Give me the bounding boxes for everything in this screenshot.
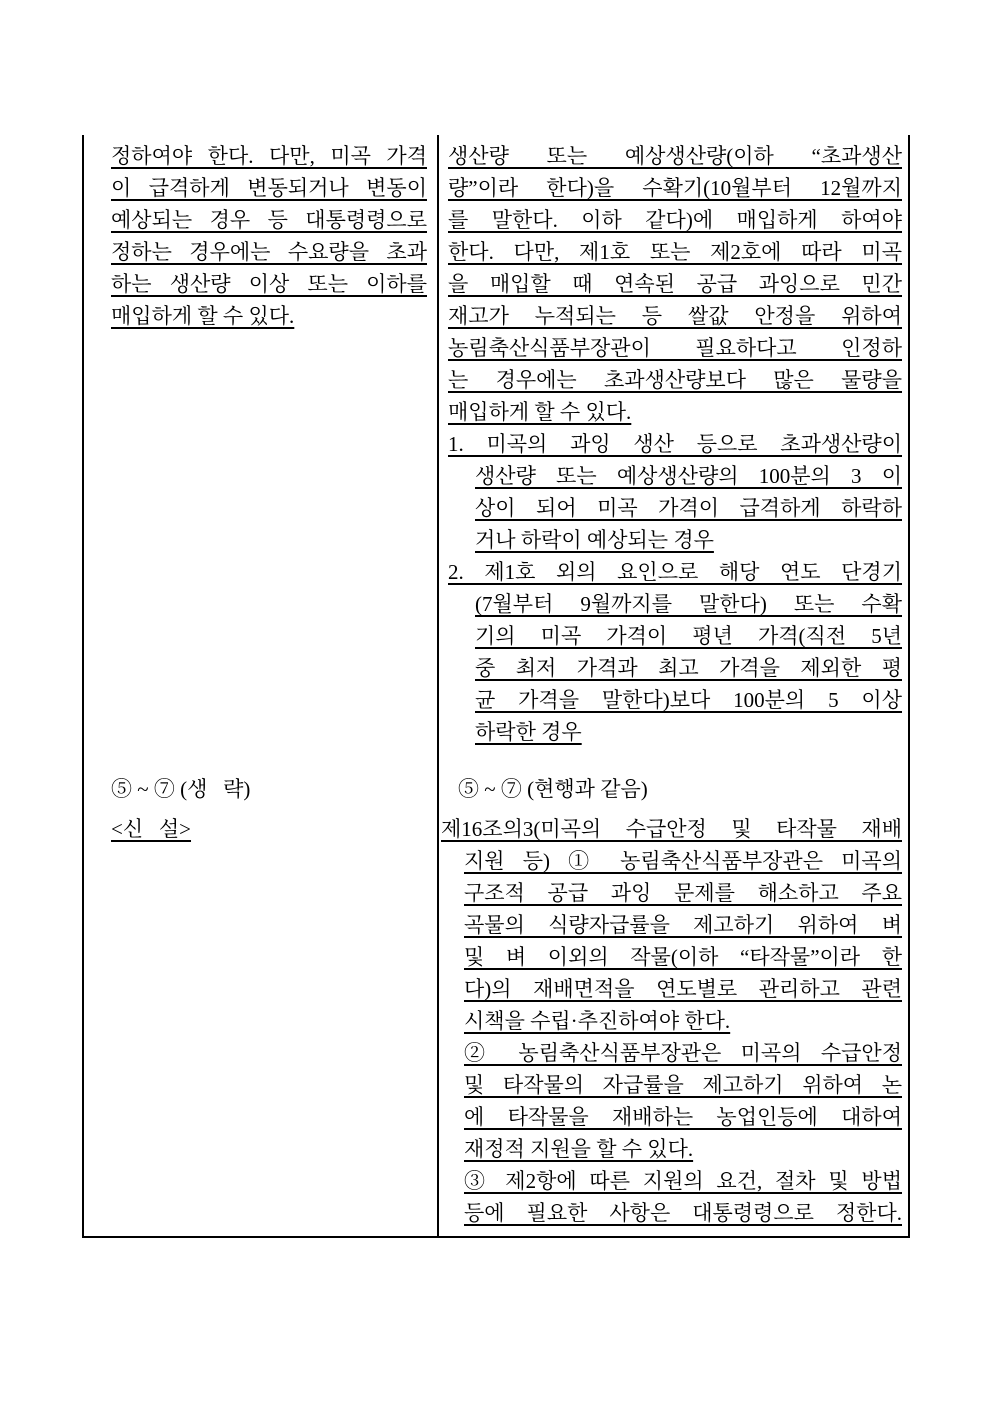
text-line: 한다. 다만, 제1호 또는 제2호에 따라 미곡 bbox=[441, 236, 902, 268]
current-law-cell: <신 설> bbox=[84, 811, 439, 1236]
comparison-table: 정하여야 한다. 다만, 미곡 가격이 급격하게 변동되거나 변동이예상되는 경… bbox=[82, 135, 910, 1238]
text-line: 곡물의 식량자급률을 제고하기 위하여 벼 bbox=[441, 909, 902, 941]
text-line: 시책을 수립·추진하여야 한다. bbox=[441, 1005, 902, 1037]
text-line: 재정적 지원을 할 수 있다. bbox=[441, 1133, 902, 1165]
text-line: 상이 되어 미곡 가격이 급격하게 하락하 bbox=[441, 492, 902, 524]
text-line: 량”이라 한다)을 수확기(10월부터 12월까지 bbox=[441, 172, 902, 204]
text-line: 정하여야 한다. 다만, 미곡 가격 bbox=[86, 140, 427, 172]
text-line: 생산량 또는 예상생산량(이하 “초과생산 bbox=[441, 140, 902, 172]
text-line: 농림축산식품부장관이 필요하다고 인정하 bbox=[441, 332, 902, 364]
text-line: 지원 등) ① 농림축산식품부장관은 미곡의 bbox=[441, 845, 902, 877]
amendment-cell: ⑤ ~ ⑦ (현행과 같음) bbox=[439, 753, 908, 811]
text-line: <신 설> bbox=[86, 813, 427, 845]
text-line: 등에 필요한 사항은 대통령령으로 정한다. bbox=[441, 1197, 902, 1229]
current-law-cell: ⑤ ~ ⑦ (생 략) bbox=[84, 753, 439, 811]
amendment-cell: 제16조의3(미곡의 수급안정 및 타작물 재배지원 등) ① 농림축산식품부장… bbox=[439, 811, 908, 1236]
text-line: 1. 미곡의 과잉 생산 등으로 초과생산량이 bbox=[441, 428, 902, 460]
text-line: 에 타작물을 재배하는 농업인등에 대하여 bbox=[441, 1101, 902, 1133]
text-line: 거나 하락이 예상되는 경우 bbox=[441, 524, 902, 556]
text-line: 다)의 재배면적을 연도별로 관리하고 관련 bbox=[441, 973, 902, 1005]
text-line: ③ 제2항에 따른 지원의 요건, 절차 및 방법 bbox=[441, 1165, 902, 1197]
document-page: { "colors": { "background": "#ffffff", "… bbox=[0, 0, 992, 1403]
text-line: 을 매입할 때 연속된 공급 과잉으로 민간 bbox=[441, 268, 902, 300]
text-line: 재고가 누적되는 등 쌀값 안정을 위하여 bbox=[441, 300, 902, 332]
text-line: 정하는 경우에는 수요량을 초과 bbox=[86, 236, 427, 268]
amendment-cell: 생산량 또는 예상생산량(이하 “초과생산량”이라 한다)을 수확기(10월부터… bbox=[439, 135, 908, 753]
text-line: 제16조의3(미곡의 수급안정 및 타작물 재배 bbox=[441, 813, 902, 845]
text-line: ② 농림축산식품부장관은 미곡의 수급안정 bbox=[441, 1037, 902, 1069]
text-line: ⑤ ~ ⑦ (생 략) bbox=[86, 773, 427, 805]
text-line: 매입하게 할 수 있다. bbox=[86, 300, 427, 332]
text-line: 를 말한다. 이하 같다)에 매입하게 하여야 bbox=[441, 204, 902, 236]
text-line: 및 벼 이외의 작물(이하 “타작물”이라 한 bbox=[441, 941, 902, 973]
text-line: 2. 제1호 외의 요인으로 해당 연도 단경기 bbox=[441, 556, 902, 588]
text-line: 및 타작물의 자급률을 제고하기 위하여 논 bbox=[441, 1069, 902, 1101]
text-line: 중 최저 가격과 최고 가격을 제외한 평 bbox=[441, 652, 902, 684]
text-line: 매입하게 할 수 있다. bbox=[441, 396, 902, 428]
text-line: 이 급격하게 변동되거나 변동이 bbox=[86, 172, 427, 204]
current-law-cell: 정하여야 한다. 다만, 미곡 가격이 급격하게 변동되거나 변동이예상되는 경… bbox=[84, 135, 439, 753]
text-line: 균 가격을 말한다)보다 100분의 5 이상 bbox=[441, 684, 902, 716]
text-line: 예상되는 경우 등 대통령령으로 bbox=[86, 204, 427, 236]
text-line: 하는 생산량 이상 또는 이하를 bbox=[86, 268, 427, 300]
text-line: (7월부터 9월까지를 말한다) 또는 수확 bbox=[441, 588, 902, 620]
text-line: 하락한 경우 bbox=[441, 716, 902, 748]
text-line: 생산량 또는 예상생산량의 100분의 3 이 bbox=[441, 460, 902, 492]
text-line: 기의 미곡 가격이 평년 가격(직전 5년 bbox=[441, 620, 902, 652]
text-line: 구조적 공급 과잉 문제를 해소하고 주요 bbox=[441, 877, 902, 909]
text-line: ⑤ ~ ⑦ (현행과 같음) bbox=[441, 773, 902, 805]
text-line: 는 경우에는 초과생산량보다 많은 물량을 bbox=[441, 364, 902, 396]
